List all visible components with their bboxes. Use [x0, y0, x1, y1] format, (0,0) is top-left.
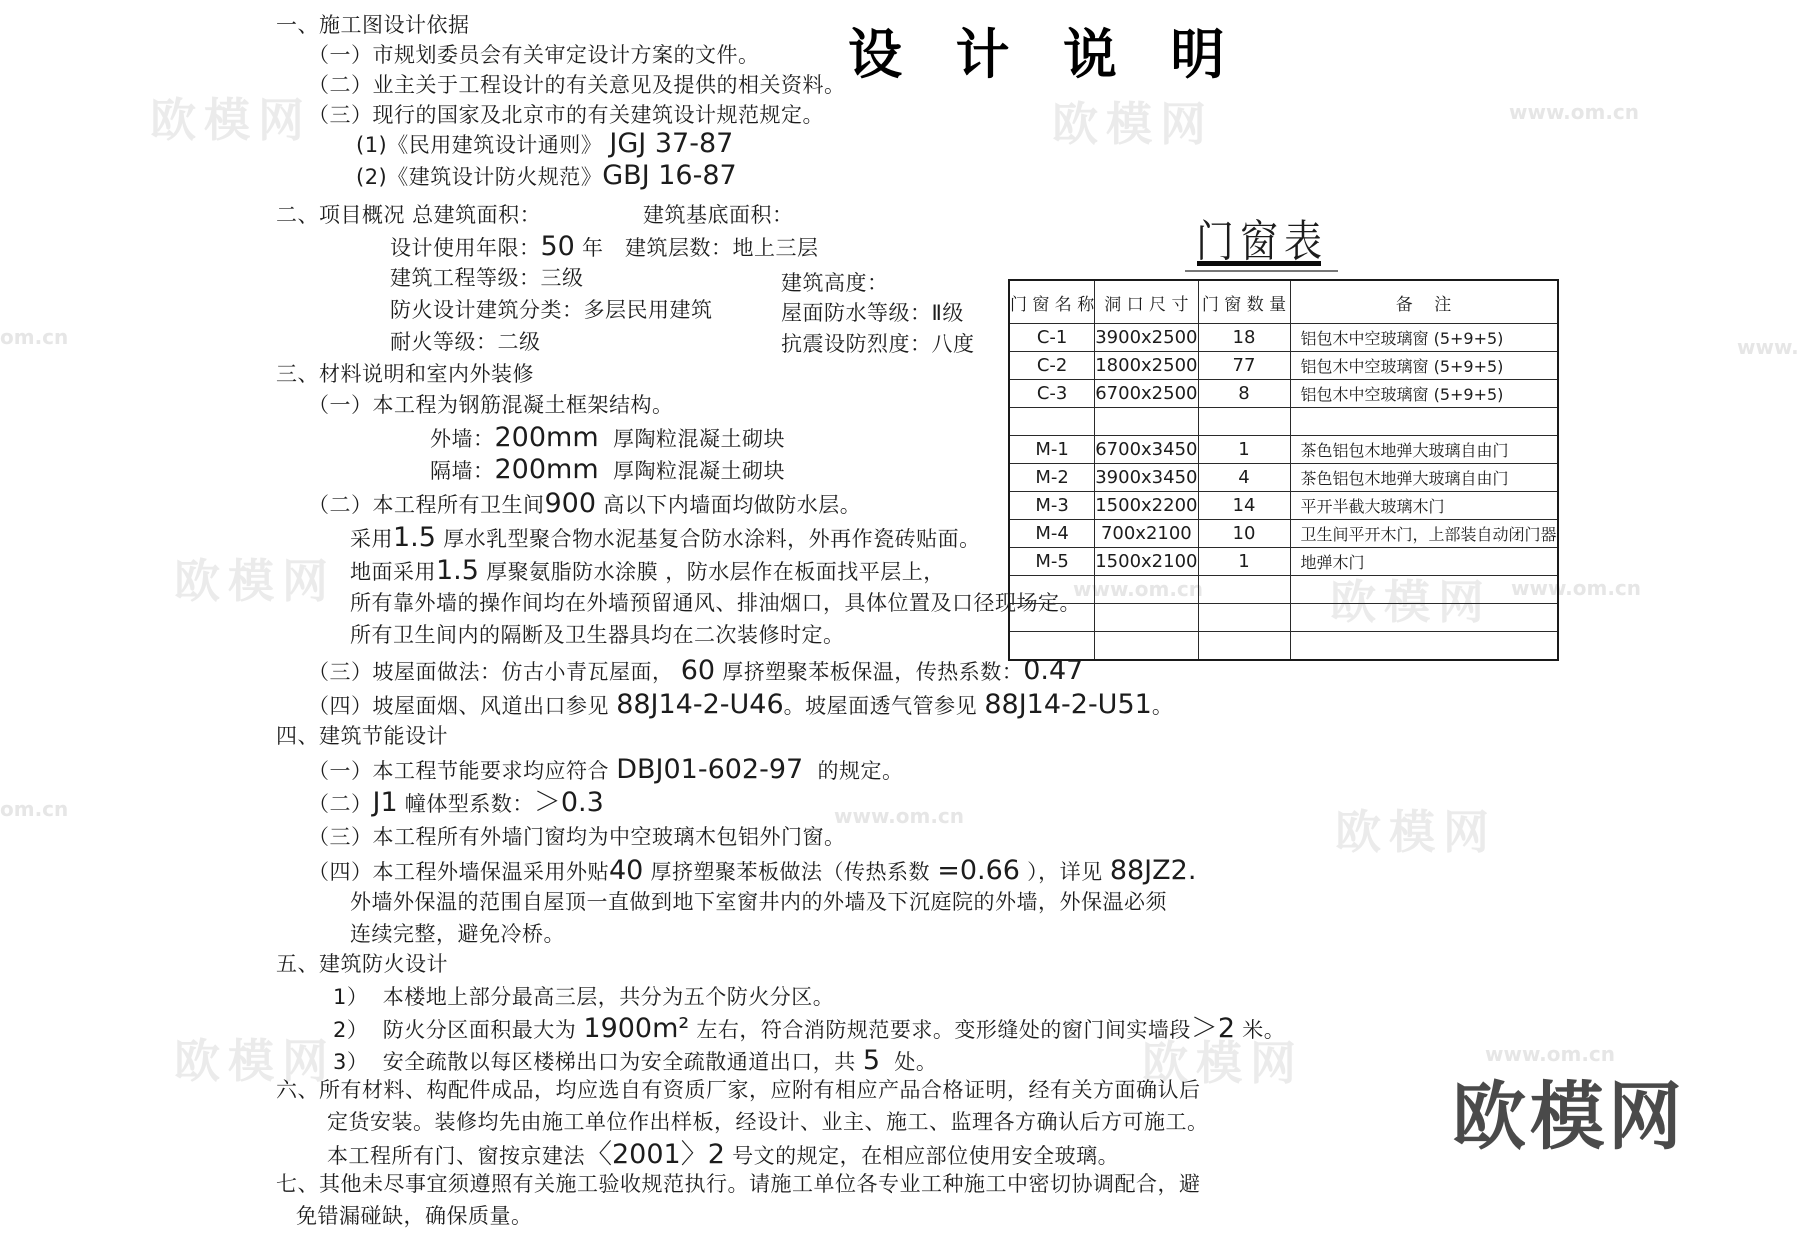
table-row: [1009, 632, 1558, 661]
schedule-cell: 6700x2500: [1095, 380, 1198, 408]
schedule-cell: [1290, 604, 1558, 632]
note-text: 隔墙：: [430, 459, 495, 483]
table-row: M-23900x34504茶色铝包木地弹大玻璃自由门: [1009, 464, 1558, 492]
watermark-url-partial: om.cn: [0, 325, 68, 349]
note-line: （一）本工程为钢筋混凝土框架结构。: [308, 392, 674, 419]
note-text: 厚水乳型聚合物水泥基复合防水涂料，外再作瓷砖贴面。: [436, 527, 981, 551]
schedule-cell: C-1: [1009, 324, 1095, 352]
note-text: 外墙：: [430, 427, 495, 451]
schedule-cell: [1290, 632, 1558, 661]
note-text: （一）本工程为钢筋混凝土框架结构。: [308, 393, 674, 417]
page-title: 设 计 说 明: [848, 12, 1245, 89]
schedule-cell: [1198, 576, 1290, 604]
schedule-cell: [1095, 632, 1198, 661]
value-number: 1900m²: [583, 1013, 689, 1044]
note-line: 所有靠外墙的操作间均在外墙预留通风、排油烟口，具体位置及口径现场定。: [350, 590, 1081, 617]
table-row: M-4700x210010卫生间平开木门，上部装自动闭门器: [1009, 520, 1558, 548]
schedule-cell: M-3: [1009, 492, 1095, 520]
schedule-cell: 铝包木中空玻璃窗 (5+9+5): [1290, 352, 1558, 380]
schedule-cell: [1198, 604, 1290, 632]
note-text: （三）坡屋面做法：仿古小青瓦屋面，: [308, 660, 681, 684]
schedule-cell: 18: [1198, 324, 1290, 352]
note-line: 抗震设防烈度：八度: [781, 331, 975, 358]
note-text: 外墙外保温的范围自屋顶一直做到地下室窗井内的外墙及下沉庭院的外墙，外保温必须: [350, 890, 1167, 914]
schedule-header-row: 门 窗 名 称 洞 口 尺 寸 门 窗 数 量 备 注: [1009, 280, 1558, 324]
schedule-cell: M-5: [1009, 548, 1095, 576]
schedule-header-cell: 门 窗 名 称: [1009, 280, 1095, 324]
note-line: （三）坡屋面做法：仿古小青瓦屋面， 60 厚挤塑聚苯板保温，传热系数：0.47: [308, 657, 1083, 686]
section-heading: 三、材料说明和室内外装修: [276, 361, 534, 388]
table-row: [1009, 576, 1558, 604]
table-row: [1009, 604, 1558, 632]
note-text: 1） 本楼地上部分最高三层，共分为五个防火分区。: [333, 985, 834, 1009]
value-number: ＞0.3: [534, 787, 604, 818]
watermark-brand-large: 欧模网: [1452, 1058, 1686, 1164]
note-line: 2） 防火分区面积最大为 1900m² 左右，符合消防规范要求。变形缝处的窗门间…: [333, 1015, 1285, 1044]
note-line: (2)《建筑设计防火规范》GBJ 16-87: [356, 162, 737, 191]
note-text: 所有卫生间内的隔断及卫生器具均在二次装修时定。: [350, 623, 845, 647]
section-heading: 六、所有材料、构配件成品，均应选自有资质厂家，应附有相应产品合格证明，经有关方面…: [276, 1077, 1201, 1104]
schedule-cell: 1: [1198, 436, 1290, 464]
schedule-cell: 700x2100: [1095, 520, 1198, 548]
note-text: 抗震设防烈度：八度: [781, 332, 975, 356]
note-line: 连续完整，避免冷桥。: [350, 921, 565, 948]
note-line: 隔墙：200mm 厚陶粒混凝土砌块: [430, 456, 785, 485]
note-line: 采用1.5 厚水乳型聚合物水泥基复合防水涂料，外再作瓷砖贴面。: [350, 524, 981, 553]
note-text: 2） 防火分区面积最大为: [333, 1018, 583, 1042]
schedule-cell: 茶色铝包木地弹大玻璃自由门: [1290, 464, 1558, 492]
code-number: JGJ 37-87: [609, 128, 733, 159]
schedule-title: 门窗表: [1192, 206, 1332, 269]
note-line: （四）坡屋面烟、风道出口参见 88J14-2-U46。坡屋面透气管参见 88J1…: [308, 691, 1173, 720]
code-number: 88J14-2-U46: [616, 689, 783, 720]
note-line: 本工程所有门、窗按京建法〈2001〉2 号文的规定，在相应部位使用安全玻璃。: [327, 1141, 1119, 1170]
note-text: （四）本工程外墙保温采用外贴: [308, 860, 609, 884]
note-line: 外墙外保温的范围自屋顶一直做到地下室窗井内的外墙及下沉庭院的外墙，外保温必须: [350, 889, 1167, 916]
code-number: 88J14-2-U51: [984, 689, 1151, 720]
value-number: 60: [681, 655, 715, 686]
note-text: （三）本工程所有外墙门窗均为中空玻璃木包铝外门窗。: [308, 825, 846, 849]
note-line: 耐火等级：二级: [390, 329, 541, 356]
note-text: ），详见: [1020, 860, 1110, 884]
schedule-cell: 地弹木门: [1290, 548, 1558, 576]
note-line: 屋面防水等级：Ⅱ级: [781, 300, 964, 327]
note-text: 耐火等级：二级: [390, 330, 541, 354]
note-text: （三）现行的国家及北京市的有关建筑设计规范规定。: [308, 103, 824, 127]
schedule-cell: 平开半截大玻璃木门: [1290, 492, 1558, 520]
note-text: (2)《建筑设计防火规范》: [356, 165, 602, 189]
section-heading: 二、项目概况 总建筑面积：: [276, 202, 541, 229]
watermark-brand: 欧模网: [174, 545, 336, 611]
schedule-header-cell: 备 注: [1290, 280, 1558, 324]
note-line: （二）本工程所有卫生间900 高以下内墙面均做防水层。: [308, 490, 861, 519]
note-line: 地面采用1.5 厚聚氨脂防水涂膜 ，防水层作在板面找平层上，: [350, 557, 945, 586]
value-number: 900: [545, 488, 597, 519]
watermark-url-partial: www.: [1737, 335, 1799, 359]
section-heading: 五、建筑防火设计: [276, 951, 448, 978]
schedule-header-cell: 门 窗 数 量: [1198, 280, 1290, 324]
value-number: 40: [609, 855, 643, 886]
note-line: 外墙：200mm 厚陶粒混凝土砌块: [430, 424, 785, 453]
note-text: 厚陶粒混凝土砌块: [599, 459, 785, 483]
note-line: 1） 本楼地上部分最高三层，共分为五个防火分区。: [333, 984, 834, 1011]
schedule-header-cell: 洞 口 尺 寸: [1095, 280, 1198, 324]
note-line: 定货安装。装修均先由施工单位作出样板，经设计、业主、施工、监理各方确认后方可施工…: [327, 1109, 1209, 1136]
note-text: 七、其他未尽事宜须遵照有关施工验收规范执行。请施工单位各专业工种施工中密切协调配…: [276, 1172, 1201, 1196]
watermark-url-partial: om.cn: [0, 797, 68, 821]
schedule-cell: [1095, 576, 1198, 604]
table-row: [1009, 408, 1558, 436]
schedule-cell: 10: [1198, 520, 1290, 548]
schedule-cell: 卫生间平开木门，上部装自动闭门器: [1290, 520, 1558, 548]
note-text: 处。: [880, 1050, 937, 1074]
note-line: 建筑高度：: [781, 270, 889, 297]
schedule-cell: M-1: [1009, 436, 1095, 464]
note-text: 厚聚氨脂防水涂膜 ，防水层作在板面找平层上，: [479, 560, 945, 584]
schedule-cell: 3900x2500: [1095, 324, 1198, 352]
note-text: 米。: [1235, 1018, 1285, 1042]
note-text: 厚挤塑聚苯板保温，传热系数：: [715, 660, 1023, 684]
note-text: 年 建筑层数：地上三层: [575, 236, 819, 260]
note-text: 采用: [350, 527, 393, 551]
code-number: 88JZ2.: [1110, 855, 1197, 886]
note-text: 二、项目概况 总建筑面积：: [276, 203, 541, 227]
watermark-url: www.om.cn: [834, 804, 964, 828]
schedule-cell: [1198, 632, 1290, 661]
note-line: （二）J1 幢体型系数：＞0.3: [308, 789, 604, 818]
schedule-cell: 1: [1198, 548, 1290, 576]
note-text: 设计使用年限：: [390, 236, 541, 260]
schedule-cell: [1095, 408, 1198, 436]
note-text: 防火设计建筑分类：多层民用建筑: [390, 298, 713, 322]
note-line: 所有卫生间内的隔断及卫生器具均在二次装修时定。: [350, 622, 845, 649]
schedule-cell: C-3: [1009, 380, 1095, 408]
door-window-schedule: 门 窗 名 称 洞 口 尺 寸 门 窗 数 量 备 注 C-13900x2500…: [1008, 279, 1559, 661]
value-number: =0.66: [937, 855, 1020, 886]
value-number: 200mm: [495, 422, 599, 453]
schedule-cell: 14: [1198, 492, 1290, 520]
note-text: 号文的规定，在相应部位使用安全玻璃。: [725, 1144, 1119, 1168]
schedule-cell: [1009, 408, 1095, 436]
section-heading: 四、建筑节能设计: [276, 723, 448, 750]
table-row: C-13900x250018铝包木中空玻璃窗 (5+9+5): [1009, 324, 1558, 352]
schedule-cell: 3900x3450: [1095, 464, 1198, 492]
code-number: GBJ 16-87: [602, 160, 736, 191]
schedule-cell: 77: [1198, 352, 1290, 380]
schedule-cell: [1009, 576, 1095, 604]
note-text: 。坡屋面透气管参见: [784, 694, 985, 718]
note-text: （二）业主关于工程设计的有关意见及提供的相关资料。: [308, 73, 846, 97]
note-text: 3） 安全疏散以每区楼梯出口为安全疏散通道出口，共: [333, 1050, 863, 1074]
schedule-cell: 1500x2200: [1095, 492, 1198, 520]
schedule-title-underline: [1185, 270, 1338, 272]
note-text: （二）: [308, 792, 373, 816]
value-number: 1.5: [436, 555, 479, 586]
note-text: 厚陶粒混凝土砌块: [599, 427, 785, 451]
note-text: 。: [1152, 694, 1174, 718]
value-number: 1.5: [393, 522, 436, 553]
watermark-url: www.om.cn: [1509, 100, 1639, 124]
note-line: 3） 安全疏散以每区楼梯出口为安全疏散通道出口，共 5 处。: [333, 1047, 937, 1076]
note-text: 的规定。: [803, 759, 903, 783]
value-number: ＞2: [1191, 1013, 1235, 1044]
watermark-brand: 欧模网: [1335, 796, 1497, 862]
note-line: （一）本工程节能要求均应符合 DBJ01-602-97 的规定。: [308, 756, 904, 785]
schedule-cell: C-2: [1009, 352, 1095, 380]
note-text: 屋面防水等级：Ⅱ级: [781, 301, 964, 325]
note-text: （二）本工程所有卫生间: [308, 493, 545, 517]
note-line: 防火设计建筑分类：多层民用建筑: [390, 297, 713, 324]
note-line: （三）本工程所有外墙门窗均为中空玻璃木包铝外门窗。: [308, 824, 846, 851]
schedule-cell: 8: [1198, 380, 1290, 408]
note-text: 五、建筑防火设计: [276, 952, 448, 976]
schedule-cell: 茶色铝包木地弹大玻璃自由门: [1290, 436, 1558, 464]
note-text: (1)《民用建筑设计通则》: [356, 133, 609, 157]
table-row: C-36700x25008铝包木中空玻璃窗 (5+9+5): [1009, 380, 1558, 408]
note-line: 免错漏碰缺，确保质量。: [296, 1203, 533, 1230]
schedule-cell: 1800x2500: [1095, 352, 1198, 380]
section-heading: 七、其他未尽事宜须遵照有关施工验收规范执行。请施工单位各专业工种施工中密切协调配…: [276, 1171, 1201, 1198]
code-number: 〈2001〉2: [585, 1139, 725, 1170]
schedule-cell: [1198, 408, 1290, 436]
design-notes-sheet: 欧模网 欧模网 www.om.cn om.cn www. 欧模网 www.om.…: [0, 0, 1800, 1258]
watermark-brand: 欧模网: [1052, 88, 1214, 154]
note-line: （一）市规划委员会有关审定设计方案的文件。: [308, 42, 760, 69]
note-text: 免错漏碰缺，确保质量。: [296, 1204, 533, 1228]
schedule-cell: [1290, 408, 1558, 436]
schedule-cell: [1095, 604, 1198, 632]
note-text: 四、建筑节能设计: [276, 724, 448, 748]
schedule-cell: 铝包木中空玻璃窗 (5+9+5): [1290, 380, 1558, 408]
table-row: M-31500x220014平开半截大玻璃木门: [1009, 492, 1558, 520]
note-text: 三、材料说明和室内外装修: [276, 362, 534, 386]
note-text: （一）本工程节能要求均应符合: [308, 759, 616, 783]
note-text: 左右，符合消防规范要求。变形缝处的窗门间实墙段: [689, 1018, 1191, 1042]
note-text: 幢体型系数：: [398, 792, 534, 816]
note-line: （三）现行的国家及北京市的有关建筑设计规范规定。: [308, 102, 824, 129]
note-text: 连续完整，避免冷桥。: [350, 922, 565, 946]
note-text: 六、所有材料、构配件成品，均应选自有资质厂家，应附有相应产品合格证明，经有关方面…: [276, 1078, 1201, 1102]
schedule-cell: M-4: [1009, 520, 1095, 548]
schedule-cell: [1009, 604, 1095, 632]
schedule-cell: [1009, 632, 1095, 661]
note-text: （四）坡屋面烟、风道出口参见: [308, 694, 616, 718]
note-text: 一、施工图设计依据: [276, 13, 470, 37]
note-line: 建筑工程等级：三级: [390, 265, 584, 292]
note-text: 本工程所有门、窗按京建法: [327, 1144, 585, 1168]
schedule-cell: 4: [1198, 464, 1290, 492]
note-line: （二）业主关于工程设计的有关意见及提供的相关资料。: [308, 72, 846, 99]
schedule-title-underline: [1197, 261, 1321, 266]
note-text: 建筑基底面积：: [643, 203, 794, 227]
schedule-cell: 铝包木中空玻璃窗 (5+9+5): [1290, 324, 1558, 352]
schedule-cell: M-2: [1009, 464, 1095, 492]
note-text: （一）市规划委员会有关审定设计方案的文件。: [308, 43, 760, 67]
value-number: 200mm: [495, 454, 599, 485]
value-number: 50: [541, 231, 575, 262]
note-text: 地面采用: [350, 560, 436, 584]
schedule-cell: 1500x2100: [1095, 548, 1198, 576]
note-text: 定货安装。装修均先由施工单位作出样板，经设计、业主、施工、监理各方确认后方可施工…: [327, 1110, 1209, 1134]
note-text: 建筑工程等级：三级: [390, 266, 584, 290]
note-line: (1)《民用建筑设计通则》 JGJ 37-87: [356, 130, 733, 159]
watermark-brand: 欧模网: [150, 84, 312, 150]
table-row: M-51500x21001地弹木门: [1009, 548, 1558, 576]
code-number: DBJ01-602-97: [616, 754, 803, 785]
table-row: M-16700x34501茶色铝包木地弹大玻璃自由门: [1009, 436, 1558, 464]
value-number: 5: [863, 1045, 880, 1076]
note-line: 设计使用年限：50 年 建筑层数：地上三层: [390, 233, 819, 262]
note-text: 厚挤塑聚苯板做法（传热系数: [643, 860, 937, 884]
schedule-cell: [1290, 576, 1558, 604]
code-number: J1: [373, 787, 398, 818]
section-heading: 一、施工图设计依据: [276, 12, 470, 39]
table-row: C-21800x250077铝包木中空玻璃窗 (5+9+5): [1009, 352, 1558, 380]
schedule-cell: 6700x3450: [1095, 436, 1198, 464]
note-text: 高以下内墙面均做防水层。: [596, 493, 861, 517]
note-line: （四）本工程外墙保温采用外贴40 厚挤塑聚苯板做法（传热系数 =0.66 ），详…: [308, 857, 1196, 886]
note-line: 建筑基底面积：: [643, 202, 794, 229]
note-text: 所有靠外墙的操作间均在外墙预留通风、排油烟口，具体位置及口径现场定。: [350, 591, 1081, 615]
note-text: 建筑高度：: [781, 271, 889, 295]
